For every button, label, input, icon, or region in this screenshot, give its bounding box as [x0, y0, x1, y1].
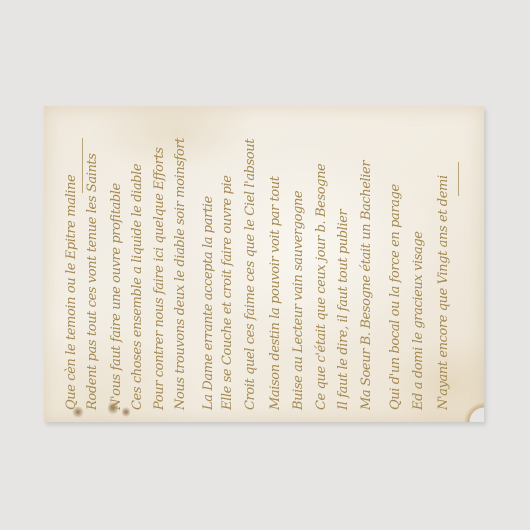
manuscript-line: Nous trouvons deux le diable soir moinsf… [173, 138, 188, 410]
manuscript-line: Croit quel ces faime ces que le Ciel l'a… [243, 139, 258, 410]
manuscript-line: Maison destin la pouvoir voit par tout [268, 176, 283, 410]
manuscript-line: Ma Soeur B. Besogne était un Bachelier [359, 161, 374, 410]
manuscript-line: Elle se Couche et croit faire ouvre pie [220, 175, 235, 410]
manuscript-line: N'ous faut faire une ouvre profitable [109, 183, 124, 410]
manuscript-line: Ces choses ensemble a liquide le diable [130, 164, 145, 410]
rule-line [458, 162, 459, 196]
manuscript-line: Ed a domi le gracieux visage [411, 231, 426, 410]
manuscript-line: Il faut le dire, il faut tout publier [336, 210, 351, 410]
manuscript-line: Pour contrer nous faire ici quelque Effo… [152, 147, 167, 410]
manuscript-line: N'ayant encore que Vingt ans et demi [436, 175, 451, 410]
rule-line [82, 138, 83, 193]
manuscript-line: Buise au Lecteur vain sauvergogne [291, 191, 306, 410]
manuscript-line: Qui d'un bocal ou la force en parage [388, 184, 403, 410]
manuscript-line: La Dame errante accepta la partie [201, 196, 216, 410]
manuscript-line: Ce que c'était que ceux jour b. Besogne [314, 164, 329, 410]
manuscript-line: Que cèn le temoin ou le Epitre maline [64, 175, 79, 410]
manuscript-line: Rodent pas tout ces vont tenue les Saint… [85, 153, 100, 410]
